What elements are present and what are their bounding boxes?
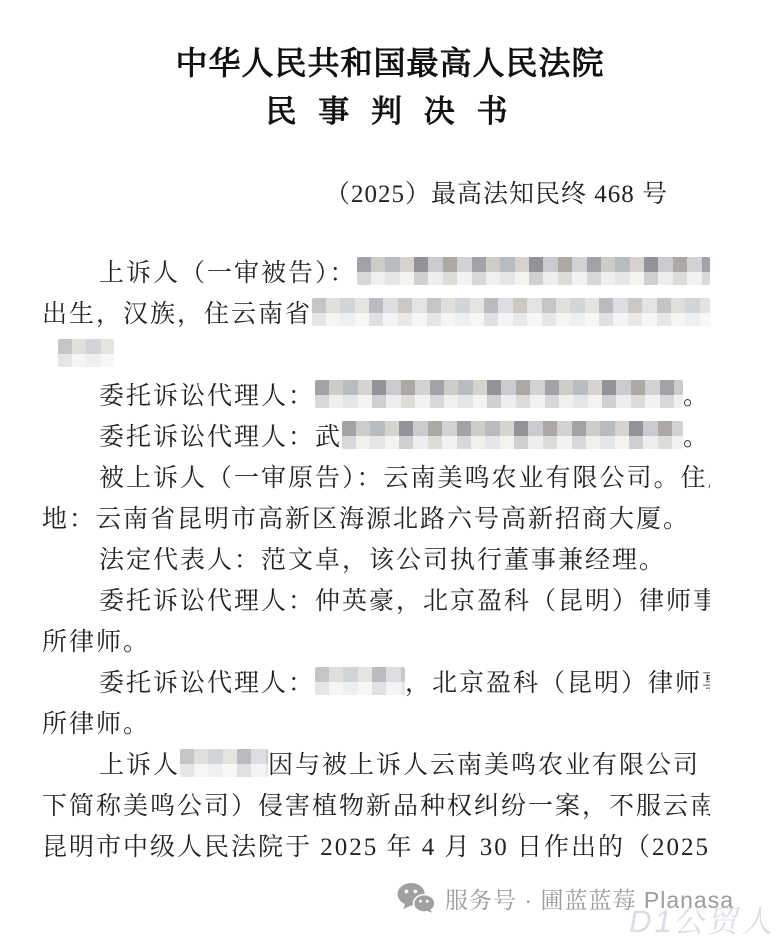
redacted-mosaic	[357, 257, 710, 285]
redacted-mosaic	[312, 298, 710, 326]
text-segment: 上诉人	[99, 745, 180, 781]
para6-line2: 所律师。	[42, 619, 710, 660]
text-segment: 。	[683, 376, 710, 412]
document-type-title: 民 事 判 决 书	[0, 86, 780, 131]
court-name: 中华人民共和国最高人民法院	[0, 38, 780, 84]
para4-line1: 被上诉人（一审原告）：云南美鸣农业有限公司。住所	[42, 455, 710, 496]
para4-line2: 地：云南省昆明市高新区海源北路六号高新招商大厦。	[42, 496, 710, 537]
para5-line1: 法定代表人：范文卓，该公司执行董事兼经理。	[42, 537, 710, 578]
text-segment: 。	[683, 417, 710, 453]
text-segment: 出生，汉族，住云南省	[42, 294, 312, 330]
text-segment: 地：云南省昆明市高新区海源北路六号高新招商大厦。	[42, 499, 690, 535]
para6-line1: 委托诉讼代理人：仲英豪，北京盈科（昆明）律师事务	[42, 578, 710, 619]
text-segment: 所律师。	[42, 622, 150, 658]
text-segment: ，北京盈科（昆明）律师事务	[405, 663, 710, 699]
redacted-mosaic	[58, 339, 114, 367]
text-segment: 委托诉讼代理人：	[99, 663, 315, 699]
text-segment: 所律师。	[42, 704, 150, 740]
para2-line1: 委托诉讼代理人： 。	[42, 373, 710, 414]
text-segment: 委托诉讼代理人：	[99, 376, 315, 412]
redacted-mosaic	[315, 380, 683, 408]
redacted-mosaic	[180, 749, 268, 777]
para1-line2: 出生，汉族，住云南省	[42, 291, 710, 332]
para8-line2: 下简称美鸣公司）侵害植物新品种权纠纷一案，不服云南省	[42, 783, 710, 824]
para7-line1: 委托诉讼代理人： ，北京盈科（昆明）律师事务	[42, 660, 710, 701]
para7-line2: 所律师。	[42, 701, 710, 742]
para8-line3: 昆明市中级人民法院于 2025 年 4 月 30 日作出的（2025）云	[42, 824, 710, 865]
document-body: 上诉人（一审被告）： 出生，汉族，住云南省 委托诉讼代理人： 。 委托诉讼代理人…	[42, 250, 710, 865]
wechat-icon	[396, 882, 436, 915]
redacted-mosaic	[342, 421, 683, 449]
para3-line1: 委托诉讼代理人：武 。	[42, 414, 710, 455]
text-segment: 被上诉人（一审原告）：云南美鸣农业有限公司。住所	[99, 458, 710, 494]
footer-watermark-bar: 服务号 · 圃蓝蓝莓 Planasa	[0, 882, 780, 915]
redacted-mosaic	[315, 667, 405, 695]
text-segment: 委托诉讼代理人：武	[99, 417, 342, 453]
text-segment: 因与被上诉人云南美鸣农业有限公司（以	[268, 745, 710, 781]
text-segment: 上诉人（一审被告）：	[99, 253, 357, 289]
text-segment: 委托诉讼代理人：仲英豪，北京盈科（昆明）律师事务	[99, 581, 710, 617]
para1-line1: 上诉人（一审被告）：	[42, 250, 710, 291]
case-number: （2025）最高法知民终 468 号	[0, 174, 780, 210]
judgment-document-page: 中华人民共和国最高人民法院 民 事 判 决 书 （2025）最高法知民终 468…	[0, 0, 780, 947]
text-segment: 下简称美鸣公司）侵害植物新品种权纠纷一案，不服云南省	[42, 786, 710, 822]
text-segment: 法定代表人：范文卓，该公司执行董事兼经理。	[99, 540, 666, 576]
para8-line1: 上诉人 因与被上诉人云南美鸣农业有限公司（以	[42, 742, 710, 783]
service-account-label: 服务号 · 圃蓝蓝莓 Planasa	[445, 882, 734, 915]
text-segment: 昆明市中级人民法院于 2025 年 4 月 30 日作出的（2025）云	[42, 827, 710, 863]
para1-line3	[42, 332, 710, 373]
